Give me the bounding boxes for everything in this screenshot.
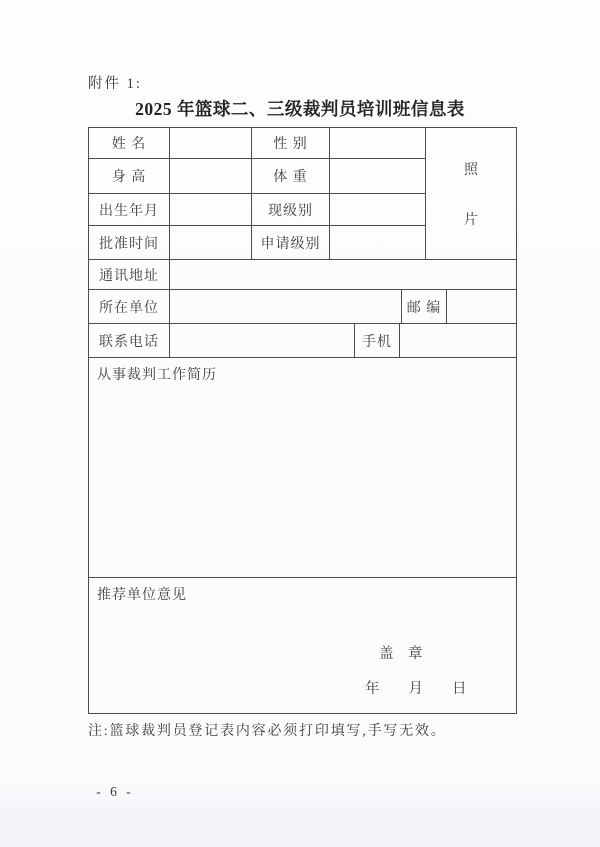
table-row-address: 通讯地址 <box>89 260 516 290</box>
weight-field <box>330 159 425 193</box>
referee-info-form-table: 姓 名 性 别 身 高 体 重 出生年月 现级别 <box>88 127 517 714</box>
resume-label: 从事裁判工作简历 <box>97 368 217 383</box>
attachment-label: 附件 1: <box>88 72 142 93</box>
current-level-field <box>330 194 425 225</box>
table-row-height-weight: 身 高 体 重 <box>89 159 425 194</box>
height-label: 身 高 <box>89 159 170 193</box>
unit-label: 所在单位 <box>89 290 170 323</box>
gender-label: 性 别 <box>252 128 330 158</box>
seal-label: 盖 章 <box>379 642 423 663</box>
unit-field <box>170 290 402 323</box>
current-level-label: 现级别 <box>252 194 330 225</box>
postcode-field <box>447 290 516 323</box>
approval-time-label: 批准时间 <box>89 226 170 259</box>
table-row-unit-postcode: 所在单位 邮 编 <box>89 290 516 324</box>
applied-level-field <box>330 226 425 259</box>
birth-date-field <box>170 194 252 225</box>
form-title: 2025 年篮球二、三级裁判员培训班信息表 <box>0 96 600 121</box>
recommendation-cell: 推荐单位意见 盖 章 年 月 日 <box>89 578 516 713</box>
postcode-label: 邮 编 <box>402 290 447 323</box>
address-field <box>170 260 516 289</box>
phone-label: 联系电话 <box>89 324 170 357</box>
address-label: 通讯地址 <box>89 260 170 289</box>
weight-label: 体 重 <box>252 159 330 193</box>
footnote: 注:篮球裁判员登记表内容必须打印填写,手写无效。 <box>88 720 558 740</box>
phone-field <box>170 324 355 357</box>
photo-placeholder-cell: 照 片 <box>426 128 516 259</box>
mobile-label: 手机 <box>355 324 400 357</box>
height-field <box>170 159 252 193</box>
approval-time-field <box>170 226 252 259</box>
personal-info-grid: 姓 名 性 别 身 高 体 重 出生年月 现级别 <box>89 128 426 259</box>
date-label: 年 月 日 <box>365 677 467 698</box>
photo-label-char1: 照 <box>464 159 478 179</box>
table-row-approval-applied: 批准时间 申请级别 <box>89 226 425 259</box>
applied-level-label: 申请级别 <box>252 226 330 259</box>
name-label: 姓 名 <box>89 128 170 158</box>
scanned-document-page: 附件 1: 2025 年篮球二、三级裁判员培训班信息表 姓 名 性 别 身 高 … <box>0 0 600 847</box>
name-field <box>170 128 252 158</box>
gender-field <box>330 128 425 158</box>
recommendation-label: 推荐单位意见 <box>97 588 187 603</box>
personal-info-section: 姓 名 性 别 身 高 体 重 出生年月 现级别 <box>89 128 516 260</box>
table-row-birth-level: 出生年月 现级别 <box>89 194 425 226</box>
table-row-name-gender: 姓 名 性 别 <box>89 128 425 159</box>
mobile-field <box>400 324 516 357</box>
table-row-phone-mobile: 联系电话 手机 <box>89 324 516 358</box>
resume-cell: 从事裁判工作简历 <box>89 358 516 578</box>
photo-label-char2: 片 <box>464 209 478 229</box>
birth-date-label: 出生年月 <box>89 194 170 225</box>
page-number: - 6 - <box>60 784 170 800</box>
